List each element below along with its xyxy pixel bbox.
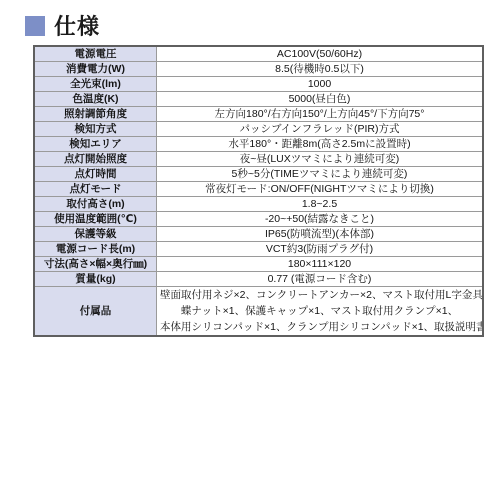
spec-row: 電源電圧AC100V(50/60Hz)	[34, 46, 483, 62]
accessories-value: 壁面取付用ネジ×2、コンクリートアンカー×2、マスト取付用L字金具×1、蝶ナット…	[157, 287, 484, 337]
spec-value: AC100V(50/60Hz)	[157, 46, 484, 62]
accessories-line: 壁面取付用ネジ×2、コンクリートアンカー×2、マスト取付用L字金具×1、	[160, 287, 479, 303]
spec-label: 取付高さ(m)	[34, 197, 157, 212]
spec-label: 検知方式	[34, 122, 157, 137]
spec-value: 8.5(待機時0.5以下)	[157, 62, 484, 77]
spec-label: 照射調節角度	[34, 107, 157, 122]
spec-value: 常夜灯モード:ON/OFF(NIGHTツマミにより切換)	[157, 182, 484, 197]
spec-value: 0.77 (電源コード含む)	[157, 272, 484, 287]
spec-row: 寸法(高さ×幅×奥行㎜)180×111×120	[34, 257, 483, 272]
spec-row: 質量(kg)0.77 (電源コード含む)	[34, 272, 483, 287]
spec-label: 寸法(高さ×幅×奥行㎜)	[34, 257, 157, 272]
spec-value: IP65(防噴流型)(本体部)	[157, 227, 484, 242]
spec-row: 点灯モード常夜灯モード:ON/OFF(NIGHTツマミにより切換)	[34, 182, 483, 197]
spec-row: 電源コード長(m)VCT約3(防雨プラグ付)	[34, 242, 483, 257]
spec-row: 照射調節角度左方向180°/右方向150°/上方向45°/下方向75°	[34, 107, 483, 122]
spec-row: 使用温度範囲(℃)-20~+50(結露なきこと)	[34, 212, 483, 227]
spec-value: 夜~昼(LUXツマミにより連続可変)	[157, 152, 484, 167]
section-marker-icon	[25, 16, 45, 36]
spec-page: 仕様 電源電圧AC100V(50/60Hz)消費電力(W)8.5(待機時0.5以…	[0, 0, 500, 500]
spec-row: 保護等級IP65(防噴流型)(本体部)	[34, 227, 483, 242]
spec-value: パッシブインフラレッド(PIR)方式	[157, 122, 484, 137]
spec-row: 点灯開始照度夜~昼(LUXツマミにより連続可変)	[34, 152, 483, 167]
spec-value: 水平180°・距離8m(高さ2.5mに設置時)	[157, 137, 484, 152]
spec-row: 取付高さ(m)1.8~2.5	[34, 197, 483, 212]
spec-value: VCT約3(防雨プラグ付)	[157, 242, 484, 257]
spec-label: 点灯開始照度	[34, 152, 157, 167]
spec-label: 全光束(lm)	[34, 77, 157, 92]
spec-label: 消費電力(W)	[34, 62, 157, 77]
spec-row: 全光束(lm)1000	[34, 77, 483, 92]
spec-label: 点灯時間	[34, 167, 157, 182]
spec-label: 保護等級	[34, 227, 157, 242]
spec-label: 質量(kg)	[34, 272, 157, 287]
accessories-label: 付属品	[34, 287, 157, 337]
spec-table-body: 電源電圧AC100V(50/60Hz)消費電力(W)8.5(待機時0.5以下)全…	[34, 46, 483, 336]
spec-label: 使用温度範囲(℃)	[34, 212, 157, 227]
spec-value: -20~+50(結露なきこと)	[157, 212, 484, 227]
spec-value: 5秒~5分(TIMEツマミにより連続可変)	[157, 167, 484, 182]
spec-value: 左方向180°/右方向150°/上方向45°/下方向75°	[157, 107, 484, 122]
section-title: 仕様	[54, 10, 100, 41]
accessories-row: 付属品壁面取付用ネジ×2、コンクリートアンカー×2、マスト取付用L字金具×1、蝶…	[34, 287, 483, 337]
section-header: 仕様	[25, 10, 100, 41]
spec-row: 検知方式パッシブインフラレッド(PIR)方式	[34, 122, 483, 137]
spec-label: 色温度(K)	[34, 92, 157, 107]
accessories-line: 蝶ナット×1、保護キャップ×1、マスト取付用クランプ×1、	[160, 303, 479, 319]
spec-row: 点灯時間5秒~5分(TIMEツマミにより連続可変)	[34, 167, 483, 182]
spec-row: 色温度(K)5000(昼白色)	[34, 92, 483, 107]
spec-label: 点灯モード	[34, 182, 157, 197]
spec-label: 検知エリア	[34, 137, 157, 152]
spec-label: 電源電圧	[34, 46, 157, 62]
spec-row: 消費電力(W)8.5(待機時0.5以下)	[34, 62, 483, 77]
spec-table: 電源電圧AC100V(50/60Hz)消費電力(W)8.5(待機時0.5以下)全…	[33, 45, 484, 337]
accessories-line: 本体用シリコンパッド×1、クランプ用シリコンパッド×1、取扱説明書×1	[160, 319, 479, 335]
spec-label: 電源コード長(m)	[34, 242, 157, 257]
spec-row: 検知エリア水平180°・距離8m(高さ2.5mに設置時)	[34, 137, 483, 152]
spec-value: 5000(昼白色)	[157, 92, 484, 107]
spec-value: 1000	[157, 77, 484, 92]
spec-value: 180×111×120	[157, 257, 484, 272]
spec-value: 1.8~2.5	[157, 197, 484, 212]
